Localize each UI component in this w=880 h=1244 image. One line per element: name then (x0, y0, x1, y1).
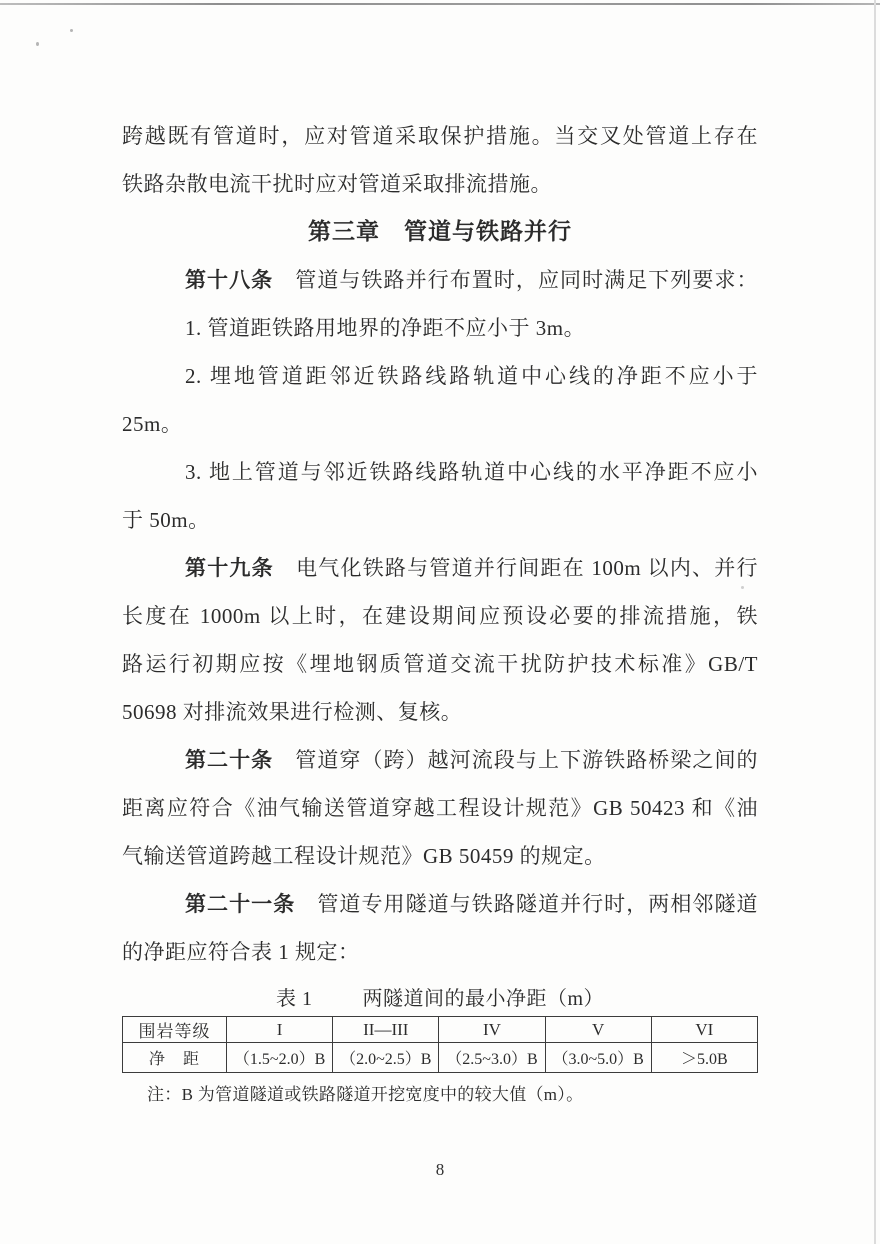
table-header-cell: II—III (333, 1017, 439, 1043)
article-text: 电气化铁路与管道并行间距在 100m 以内、并行 (274, 556, 758, 580)
article-text: 管道与铁路并行布置时，应同时满足下列要求： (273, 268, 758, 292)
article-line: 第十九条 电气化铁路与管道并行间距在 100m 以内、并行 (122, 544, 758, 592)
table-caption: 表 1 两隧道间的最小净距（m） (122, 976, 758, 1016)
article-text: 管道穿（跨）越河流段与上下游铁路桥梁之间的 (273, 748, 758, 772)
table-data-cell: ＞5.0B (651, 1043, 757, 1073)
body-line: 路运行初期应按《埋地钢质管道交流干扰防护技术标准》GB/T (122, 640, 758, 688)
table-header-cell: IV (439, 1017, 545, 1043)
table-data-cell: （3.0~5.0）B (545, 1043, 651, 1073)
table-caption-text: 两隧道间的最小净距（m） (362, 982, 604, 1011)
table-header-cell: I (227, 1017, 333, 1043)
table-row-label-cell: 净 距 (123, 1043, 227, 1073)
tunnel-clearance-table: 围岩等级 I II—III IV V VI 净 距 （1.5~2.0）B （2.… (122, 1016, 758, 1073)
table-header-row: 围岩等级 I II—III IV V VI (123, 1017, 758, 1043)
article-line: 第二十一条 管道专用隧道与铁路隧道并行时，两相邻隧道 (122, 880, 758, 928)
list-item-line: 2. 埋地管道距邻近铁路线路轨道中心线的净距不应小于 (122, 352, 758, 400)
table-header-cell: V (545, 1017, 651, 1043)
article-text: 管道专用隧道与铁路隧道并行时，两相邻隧道 (295, 892, 758, 916)
scanned-document-page: 跨越既有管道时，应对管道采取保护措施。当交叉处管道上存在 铁路杂散电流干扰时应对… (0, 0, 880, 1244)
body-line: 跨越既有管道时，应对管道采取保护措施。当交叉处管道上存在 (122, 112, 758, 160)
chapter-heading: 第三章 管道与铁路并行 (122, 208, 758, 256)
article-number: 第十九条 (185, 556, 274, 580)
scan-right-edge-artifact (874, 0, 876, 1244)
article-number: 第二十条 (185, 748, 273, 772)
body-line: 铁路杂散电流干扰时应对管道采取排流措施。 (122, 160, 758, 208)
list-item-line: 1. 管道距铁路用地界的净距不应小于 3m。 (122, 304, 758, 352)
article-number: 第二十一条 (185, 892, 295, 916)
article-number: 第十八条 (185, 268, 273, 292)
table-data-cell: （2.0~2.5）B (333, 1043, 439, 1073)
table-data-cell: （2.5~3.0）B (439, 1043, 545, 1073)
article-line: 第二十条 管道穿（跨）越河流段与上下游铁路桥梁之间的 (122, 736, 758, 784)
body-line: 气输送管道跨越工程设计规范》GB 50459 的规定。 (122, 832, 758, 880)
page-body: 跨越既有管道时，应对管道采取保护措施。当交叉处管道上存在 铁路杂散电流干扰时应对… (122, 0, 758, 1105)
table-caption-label: 表 1 (276, 982, 313, 1011)
table-header-cell: 围岩等级 (123, 1017, 227, 1043)
dust-speck (36, 42, 39, 46)
list-item-line: 3. 地上管道与邻近铁路线路轨道中心线的水平净距不应小 (122, 448, 758, 496)
table-data-cell: （1.5~2.0）B (227, 1043, 333, 1073)
page-number: 8 (0, 1160, 880, 1180)
body-line: 50698 对排流效果进行检测、复核。 (122, 688, 758, 736)
table-note: 注：B 为管道隧道或铁路隧道开挖宽度中的较大值（m）。 (147, 1080, 758, 1105)
dust-speck (70, 29, 73, 32)
body-line: 的净距应符合表 1 规定： (122, 928, 758, 976)
body-line: 于 50m。 (122, 496, 758, 544)
article-line: 第十八条 管道与铁路并行布置时，应同时满足下列要求： (122, 256, 758, 304)
body-line: 25m。 (122, 400, 758, 448)
body-line: 长度在 1000m 以上时，在建设期间应预设必要的排流措施，铁 (122, 592, 758, 640)
body-line: 距离应符合《油气输送管道穿越工程设计规范》GB 50423 和《油 (122, 784, 758, 832)
table-header-cell: VI (651, 1017, 757, 1043)
table-data-row: 净 距 （1.5~2.0）B （2.0~2.5）B （2.5~3.0）B （3.… (123, 1043, 758, 1073)
